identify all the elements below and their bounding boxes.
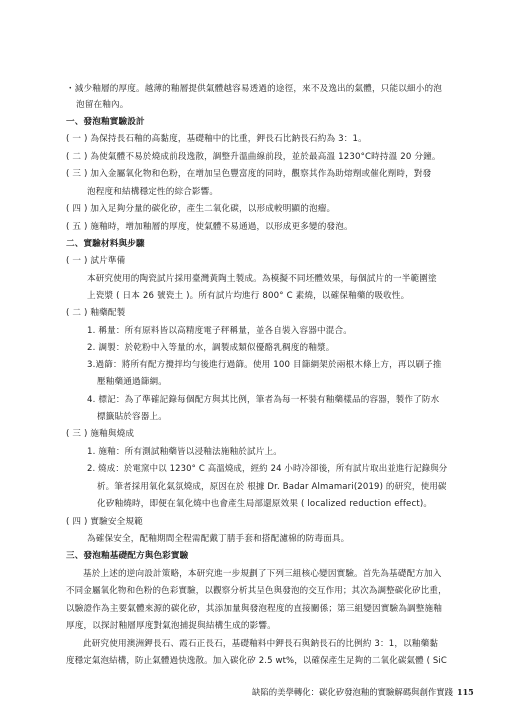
text-line: ・減少釉層的厚度。越薄的釉層提供氣體越容易透過的途徑，來不及逸出的氣體，只能以細… (66, 83, 442, 95)
text-line: 標籤貼於容器上。 (97, 411, 167, 423)
text-line: 以驗證作為主要氣體來源的碳化矽，其添加量與發泡程度的直接關係；第三組變因實驗為調… (66, 603, 442, 615)
page-footer: 缺陷的美學轉化：碳化矽發泡釉的實驗解碼與創作實踐115 (252, 686, 474, 698)
text-line: 1. 稱量：所有原料皆以高精度電子秤稱量，並各自裝入容器中混合。 (87, 325, 352, 337)
page-number: 115 (457, 687, 474, 697)
text-line: 壓釉藥通過篩網。 (97, 376, 167, 388)
text-line: 泡留在釉內。 (76, 99, 128, 111)
text-line: ( 一 ) 為保持長石釉的高黏度，基礎釉中的比重，鉀長石比鈉長石約為 3：1。 (66, 133, 367, 145)
text-line: 2. 燒成：於電窯中以 1230° C 高溫燒成，經約 24 小時冷卻後，所有試… (87, 463, 447, 475)
text-line: ( 四 ) 加入足夠分量的碳化矽，產生二氧化碳，以形成較明顯的泡瘤。 (66, 203, 335, 215)
text-line: ( 二 ) 為使氣體不易於燒成前段逸散，調整升溫曲線前段，並於最高溫 1230°… (66, 151, 441, 163)
text-line: 厚度，以探討釉層厚度對氣泡捕捉與結構生成的影響。 (66, 620, 276, 632)
text-line: 此研究使用澳洲鉀長石、霞石正長石，基礎釉料中鉀長石與鈉長石的比例約 3：1，以釉… (83, 638, 438, 650)
text-line: 析。筆者採用氧化氣氛燒成，原因在於 根據 Dr. Badar Almamari(… (97, 481, 447, 493)
text-line: 1. 施釉：所有測試釉藥皆以浸釉法施釉於試片上。 (87, 446, 282, 458)
text-line: 不同金屬氧化物和色粉的色彩實驗，以觀察分析其呈色與發泡的交互作用；其次為調整碳化… (66, 585, 447, 597)
text-line: ( 一 ) 試片準備 (66, 255, 125, 267)
text-line: 化矽釉燒時，即便在氧化燒中也會產生局部還原效果 ( localized redu… (97, 498, 432, 510)
text-line: 3.過篩：將所有配方攪拌均勻後進行過篩。使用 100 目篩網架於兩根木條上方，再… (87, 359, 442, 371)
text-line: 為確保安全，配釉期間全程需配戴丁腈手套和搭配濾棉的防毒面具。 (87, 533, 349, 545)
text-line: ( 三 ) 施釉與燒成 (66, 428, 134, 440)
text-line: ( 三 ) 加入金屬氧化物和色粉，在增加呈色豐富度的同時，觀察其作為助熔劑或催化… (66, 168, 431, 180)
running-title: 缺陷的美學轉化：碳化矽發泡釉的實驗解碼與創作實踐 (252, 687, 453, 697)
text-line: 本研究使用的陶瓷試片採用臺灣黃陶土製成。為模擬不同坯體效果，每個試片的一半範圍塗 (87, 273, 437, 285)
text-line: ( 二 ) 釉藥配製 (66, 307, 125, 319)
section-heading: 一、發泡釉實驗設計 (66, 116, 145, 128)
text-line: 2. 調製：於乾粉中入等量的水，調製成類似優酪乳稠度的釉漿。 (87, 342, 334, 354)
text-line: 4. 標記：為了準確記錄每個配方與其比例，筆者為每一杯裝有釉藥樣品的容器，製作了… (87, 394, 439, 406)
document-page: ・減少釉層的厚度。越薄的釉層提供氣體越容易透過的途徑，來不及逸出的氣體，只能以細… (0, 0, 512, 724)
text-line: 上瓷漿 ( 日本 26 號瓷土 )。所有試片均進行 800° C 素燒，以確保釉… (87, 290, 409, 302)
text-line: ( 五 ) 施釉時，增加釉層的厚度，使氣體不易通過，以形成更多變的發泡。 (66, 221, 353, 233)
section-heading: 三、發泡釉基礎配方與色彩實驗 (66, 550, 188, 562)
text-line: 泡程度和結構穩定性的綜合影響。 (87, 186, 218, 198)
text-line: 基於上述的逆向設計策略，本研究進一步規劃了下列三組核心變因實驗。首先為基礎配方加… (83, 568, 442, 580)
text-line: ( 四 ) 實驗安全規範 (66, 516, 143, 528)
text-line: 度穩定氣泡結構，防止氣體過快逸散。加入碳化矽 2.5 wt%，以確保產生足夠的二… (66, 655, 447, 667)
section-heading: 二、實驗材料與步驟 (66, 238, 145, 250)
